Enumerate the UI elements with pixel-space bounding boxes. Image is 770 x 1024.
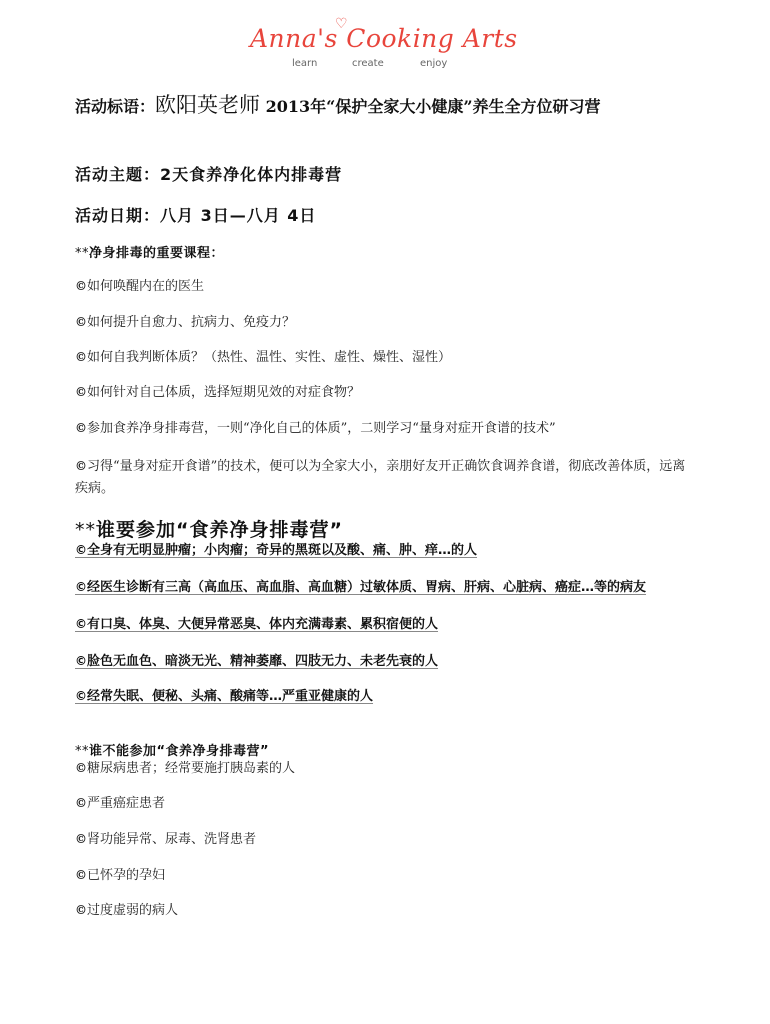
- event-theme: 活动主题：2天食养净化体内排毒营: [75, 162, 695, 185]
- bullet-icon: ©: [75, 350, 87, 364]
- tag-create: create: [352, 58, 384, 69]
- bullet-icon: ©: [75, 689, 87, 703]
- bullet-icon: ©: [75, 868, 87, 882]
- bullet-icon: ©: [75, 617, 87, 631]
- bullet-icon: ©: [75, 279, 87, 293]
- logo-title: Anna's Cooking Arts: [250, 24, 518, 53]
- course-item: ©如何唤醒内在的医生: [75, 275, 695, 298]
- bullet-icon: ©: [75, 315, 87, 329]
- who-should-item: ©有口臭、体臭、大便异常恶臭、体内充满毒素、累积宿便的人: [75, 614, 695, 635]
- bullet-icon: ©: [75, 796, 87, 810]
- slogan-label: 活动标语：: [75, 97, 155, 116]
- slogan-teacher: 欧阳英老师: [155, 93, 260, 117]
- who-cannot-item: ©肾功能异常、尿毒、洗肾患者: [75, 828, 695, 851]
- who-should-item: ©全身有无明显肿瘤；小肉瘤；奇异的黑斑以及酸、痛、肿、痒…的人: [75, 540, 695, 561]
- course-item: ©如何自我判断体质？（热性、温性、实性、虚性、燥性、湿性）: [75, 346, 695, 369]
- bullet-icon: ©: [75, 580, 87, 594]
- course-item: ©如何针对自己体质，选择短期见效的对症食物？: [75, 381, 695, 404]
- who-cannot-item: ©已怀孕的孕妇: [75, 864, 695, 887]
- slogan-text: 2013年“保护全家大小健康”养生全方位研习营: [266, 97, 601, 116]
- who-should-heading: **谁要参加“食养净身排毒营”: [75, 515, 695, 542]
- who-cannot-item: ©严重癌症患者: [75, 792, 695, 815]
- bullet-icon: ©: [75, 903, 87, 917]
- courses-heading: **净身排毒的重要课程：: [75, 242, 695, 261]
- bullet-icon: ©: [75, 459, 87, 473]
- bullet-icon: ©: [75, 832, 87, 846]
- course-item: ©参加食养净身排毒营，一则“净化自己的体质”，二则学习“量身对症开食谱的技术”: [75, 417, 695, 440]
- who-cannot-item: ©糖尿病患者；经常要施打胰岛素的人: [75, 757, 695, 780]
- bullet-icon: ©: [75, 654, 87, 668]
- who-should-item: ©脸色无血色、暗淡无光、精神萎靡、四肢无力、未老先衰的人: [75, 651, 695, 672]
- who-should-item: ©经常失眠、便秘、头痛、酸痛等…严重亚健康的人: [75, 686, 695, 707]
- logo: Anna's Cooking Arts ♡ learn create enjoy: [240, 22, 490, 74]
- bullet-icon: ©: [75, 385, 87, 399]
- course-item: ©习得“量身对症开食谱”的技术，便可以为全家大小，亲朋好友开正确饮食调养食谱，彻…: [75, 455, 695, 500]
- who-cannot-item: ©过度虚弱的病人: [75, 899, 695, 922]
- event-date: 活动日期：八月 3日—八月 4日: [75, 203, 695, 226]
- tag-learn: learn: [292, 58, 317, 69]
- bullet-icon: ©: [75, 543, 87, 557]
- bullet-icon: ©: [75, 421, 87, 435]
- event-slogan: 活动标语：欧阳英老师 2013年“保护全家大小健康”养生全方位研习营: [75, 92, 695, 120]
- tag-enjoy: enjoy: [420, 58, 447, 69]
- heart-icon: ♡: [335, 16, 348, 32]
- course-item: ©如何提升自愈力、抗病力、免疫力？: [75, 311, 695, 334]
- who-should-item: ©经医生诊断有三高（高血压、高血脂、高血糖）过敏体质、胃病、肝病、心脏病、癌症……: [75, 577, 695, 598]
- bullet-icon: ©: [75, 761, 87, 775]
